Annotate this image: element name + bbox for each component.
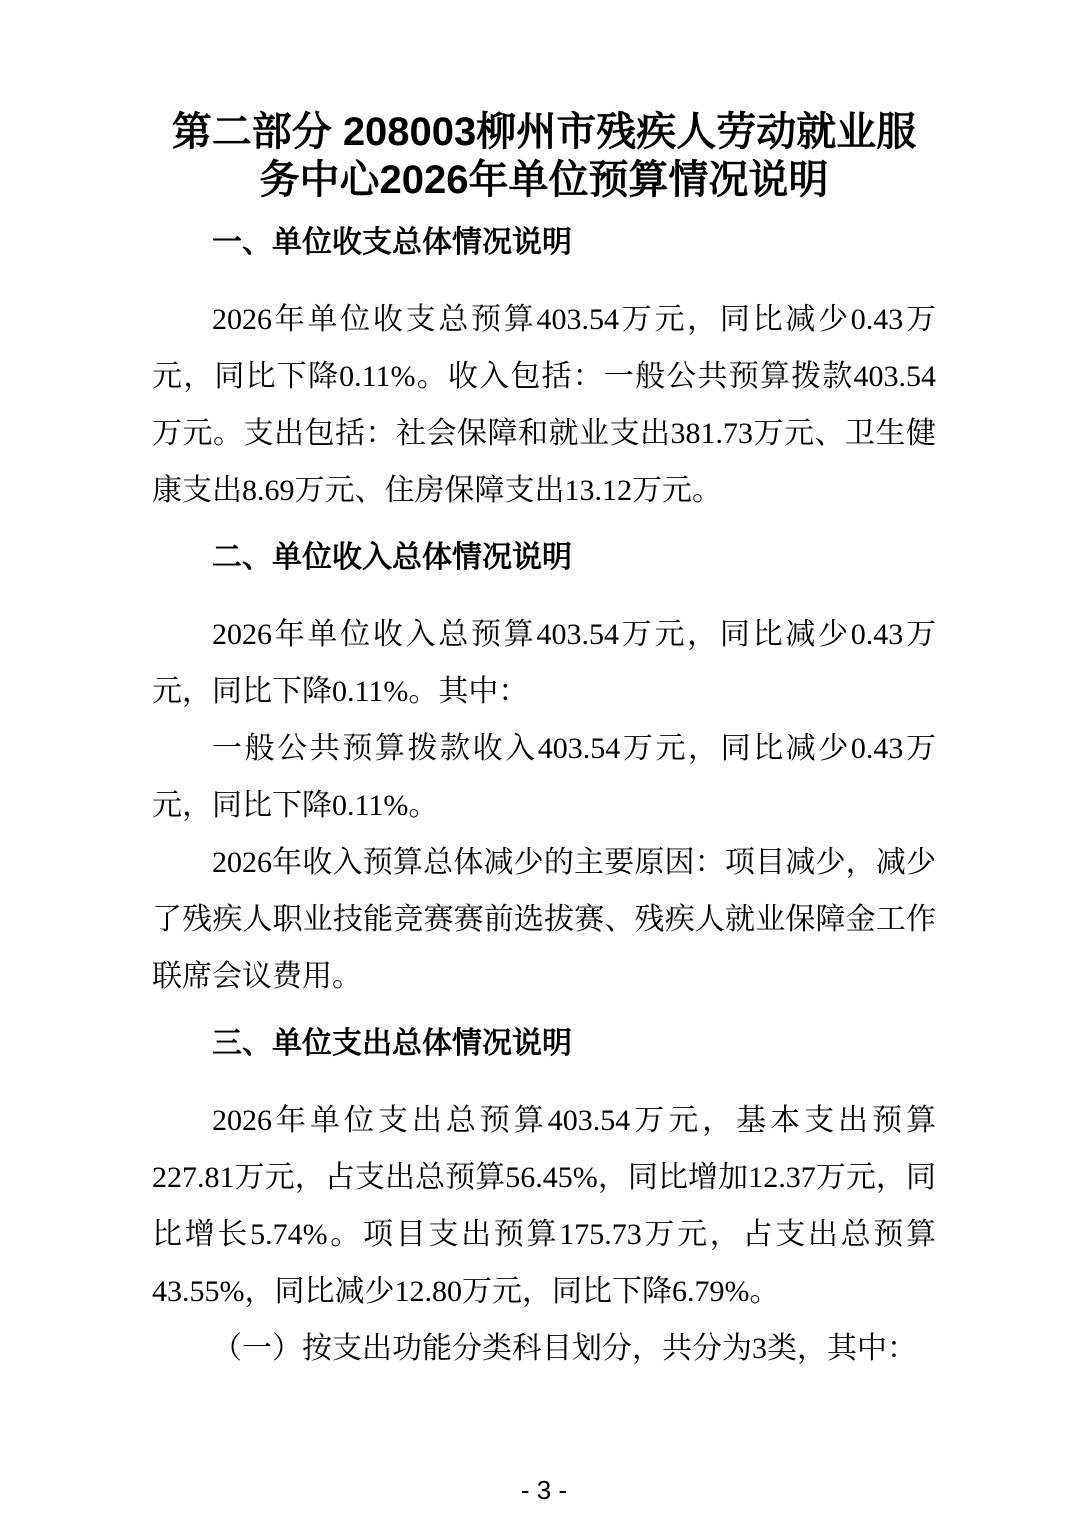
paragraph: 2026年收入预算总体减少的主要原因：项目减少，减少了残疾人职业技能竞赛赛前选拔… bbox=[152, 834, 936, 1005]
section-revenue-expenditure-overview: 一、单位收支总体情况说明 2026年单位收支总预算403.54万元，同比减少0.… bbox=[152, 214, 936, 519]
section-income-overview: 二、单位收入总体情况说明 2026年单位收入总预算403.54万元，同比减少0.… bbox=[152, 529, 936, 1005]
page-footer: - 3 - bbox=[152, 1475, 936, 1505]
section-heading-2: 二、单位收入总体情况说明 bbox=[152, 529, 936, 586]
paragraph: （一）按支出功能分类科目划分，共分为3类，其中： bbox=[152, 1320, 936, 1377]
page-number: - 3 - bbox=[152, 1475, 936, 1505]
paragraph: 2026年单位收入总预算403.54万元，同比减少0.43万元，同比下降0.11… bbox=[152, 606, 936, 720]
document-page: 第二部分 208003柳州市残疾人劳动就业服务中心2026年单位预算情况说明 一… bbox=[0, 0, 1074, 1520]
section-expenditure-overview: 三、单位支出总体情况说明 2026年单位支出总预算403.54万元，基本支出预算… bbox=[152, 1015, 936, 1377]
document-title: 第二部分 208003柳州市残疾人劳动就业服务中心2026年单位预算情况说明 bbox=[159, 108, 929, 204]
paragraph: 2026年单位支出总预算403.54万元，基本支出预算227.81万元，占支出总… bbox=[152, 1092, 936, 1320]
section-heading-1: 一、单位收支总体情况说明 bbox=[152, 214, 936, 271]
section-heading-3: 三、单位支出总体情况说明 bbox=[152, 1015, 936, 1072]
paragraph: 一般公共预算拨款收入403.54万元，同比减少0.43万元，同比下降0.11%。 bbox=[152, 720, 936, 834]
paragraph: 2026年单位收支总预算403.54万元，同比减少0.43万元，同比下降0.11… bbox=[152, 291, 936, 519]
